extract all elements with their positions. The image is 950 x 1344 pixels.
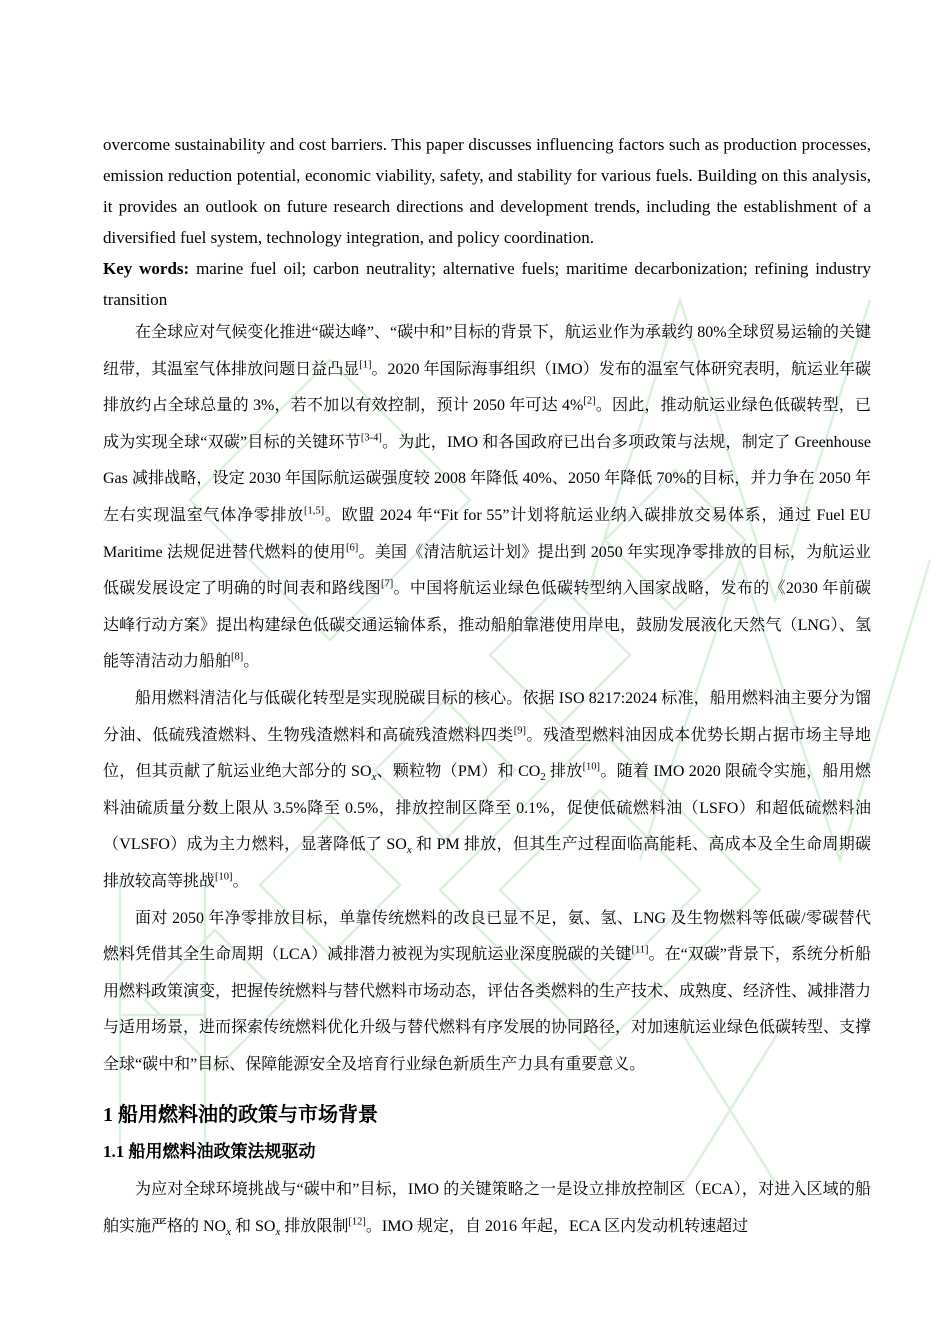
text-segment: overcome sustainability and cost barrier… (103, 135, 871, 247)
citation-reference: [10] (215, 872, 233, 883)
keywords-label: Key words: (103, 259, 189, 278)
text-segment: 。 (243, 653, 259, 670)
citation-reference: [8] (231, 652, 243, 663)
citation-reference: [3-4] (361, 432, 382, 443)
keywords-paragraph: Key words: marine fuel oil; carbon neutr… (103, 253, 871, 315)
abstract-continuation-paragraph: overcome sustainability and cost barrier… (103, 129, 871, 253)
intro-paragraph-2: 船用燃料清洁化与低碳化转型是实现脱碳目标的核心。依据 ISO 8217:2024… (103, 681, 871, 901)
text-segment: 排放限制 (280, 1218, 348, 1235)
citation-reference: [2] (583, 396, 595, 407)
citation-reference: [9] (514, 725, 526, 736)
section-1-1-heading: 1.1 船用燃料油政策法规驱动 (103, 1139, 871, 1165)
text-segment: 。在“双碳”背景下，系统分析船用燃料政策演变，把握传统燃料与替代燃料市场动态，评… (103, 946, 871, 1073)
text-segment: 1.1 船用燃料油政策法规驱动 (103, 1142, 316, 1161)
intro-paragraph-3: 面对 2050 年净零排放目标，单靠传统燃料的改良已显不足，氨、氢、LNG 及生… (103, 901, 871, 1084)
section-1-heading: 1 船用燃料油的政策与市场背景 (103, 1100, 871, 1130)
text-segment: marine fuel oil; carbon neutrality; alte… (103, 259, 871, 309)
text-segment: 1 船用燃料油的政策与市场背景 (103, 1104, 378, 1126)
text-segment: 、颗粒物（PM）和 CO (376, 763, 540, 780)
citation-reference: [6] (346, 542, 358, 553)
document-page: overcome sustainability and cost barrier… (0, 0, 950, 1344)
intro-paragraph-1: 在全球应对气候变化推进“碳达峰”、“碳中和”目标的背景下，航运业作为承载约 80… (103, 315, 871, 681)
text-segment: 。 (233, 873, 249, 890)
citation-reference: [7] (381, 579, 393, 590)
citation-reference: [12] (348, 1217, 366, 1228)
document-body: overcome sustainability and cost barrier… (0, 0, 950, 1246)
citation-reference: [1] (359, 359, 371, 370)
text-segment: 。IMO 规定，自 2016 年起，ECA 区内发动机转速超过 (366, 1218, 748, 1235)
citation-reference: [11] (631, 945, 648, 956)
section-1-1-paragraph: 为应对全球环境挑战与“碳中和”目标，IMO 的关键策略之一是设立排放控制区（EC… (103, 1172, 871, 1245)
citation-reference: [10] (583, 762, 601, 773)
text-segment: 排放 (546, 763, 583, 780)
text-segment: 和 SO (231, 1218, 275, 1235)
citation-reference: [1,5] (304, 506, 324, 517)
